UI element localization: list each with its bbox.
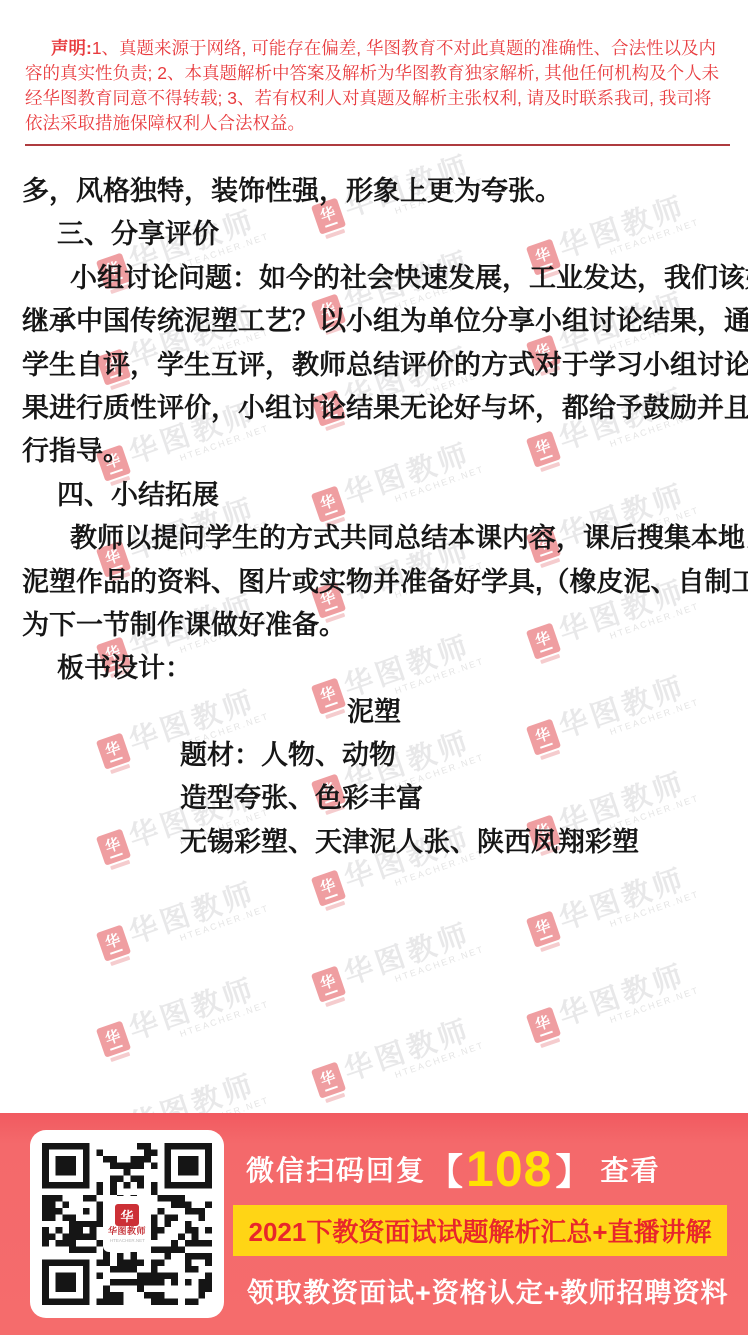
huatu-logo-icon: 华 — [311, 1062, 346, 1099]
logo-sub-mark — [325, 901, 345, 911]
body-line: 果进行质性评价，小组讨论结果无论好与坏，都给予鼓励并且进 — [0, 387, 748, 430]
divider-rule — [25, 144, 730, 146]
watermark-brand: 华图教师 — [556, 958, 698, 1031]
watermark-badge-column: 华 — [526, 911, 563, 954]
document-body: 多，风格独特，装饰性强，形象上更为夸张。三、分享评价小组讨论问题：如今的社会快速… — [0, 170, 748, 864]
body-line: 小组讨论问题：如今的社会快速发展，工业发达，我们该如何 — [0, 257, 748, 300]
logo-bar — [540, 934, 553, 940]
qr-code[interactable]: 华 华图教师 HTEACHER.NET — [30, 1130, 224, 1318]
huatu-watermark: 华华图教师HTEACHER.NET — [311, 917, 486, 1009]
disclaimer: 声明:1、真题来源于网络, 可能存在偏差, 华图教育不对此真题的准确性、合法性以… — [25, 36, 731, 136]
watermark-domain: HTEACHER.NET — [608, 985, 700, 1025]
huatu-watermark: 华华图教师HTEACHER.NET — [311, 1013, 486, 1105]
watermark-text: 华图教师HTEACHER.NET — [556, 862, 701, 944]
watermark-domain: HTEACHER.NET — [178, 903, 270, 943]
disclaimer-line: 声明:1、真题来源于网络, 可能存在偏差, 华图教育不对此真题的准确性、合法性以… — [25, 36, 731, 61]
body-line: 造型夸张、色彩丰富 — [0, 777, 748, 820]
huatu-watermark: 华华图教师HTEACHER.NET — [526, 862, 701, 954]
logo-bar — [540, 1030, 553, 1036]
body-line: 多，风格独特，装饰性强，形象上更为夸张。 — [0, 170, 748, 213]
body-line: 板书设计： — [0, 647, 748, 690]
watermark-brand: 华图教师 — [556, 862, 698, 935]
body-line: 题材：人物、动物 — [0, 734, 748, 777]
huatu-logo-icon: 华 — [526, 1007, 561, 1044]
logo-bar — [325, 989, 338, 995]
watermark-badge-column: 华 — [311, 870, 348, 913]
watermark-brand: 华图教师 — [341, 1013, 483, 1086]
huatu-watermark: 华华图教师HTEACHER.NET — [526, 958, 701, 1050]
huatu-logo-icon: 华 — [96, 925, 131, 962]
body-line: 三、分享评价 — [0, 213, 748, 256]
reply-code: 108 — [466, 1144, 552, 1194]
huatu-logo-icon: 华 — [311, 870, 346, 907]
logo-sub-mark — [110, 1052, 130, 1062]
disclaimer-text: 1、真题来源于网络, 可能存在偏差, 华图教育不对此真题的准确性、合法性以及内 — [92, 38, 716, 58]
disclaimer-line: 容的真实性负责; 2、本真题解析中答案及解析为华图教育独家解析, 其他任何机构及… — [25, 61, 731, 86]
watermark-brand: 华图教师 — [126, 972, 268, 1045]
huatu-logo-icon: 华 — [311, 966, 346, 1003]
body-line: 继承中国传统泥塑工艺？以小组为单位分享小组讨论结果，通过 — [0, 300, 748, 343]
logo-bar — [325, 893, 338, 899]
logo-sub-mark — [325, 997, 345, 1007]
watermark-domain: HTEACHER.NET — [393, 944, 485, 984]
body-line: 行指导。 — [0, 430, 748, 473]
qr-logo-domain: HTEACHER.NET — [109, 1239, 144, 1244]
watermark-text: 华图教师HTEACHER.NET — [341, 917, 486, 999]
logo-bar — [325, 1085, 338, 1091]
materials-line: 领取教资面试+资格认定+教师招聘资料 — [247, 1271, 729, 1310]
watermark-badge-column: 华 — [526, 1007, 563, 1050]
logo-bar — [110, 948, 123, 954]
bracket-open: 【 — [427, 1144, 463, 1195]
page: { "disclaimer": { "label": "声明:", "lines… — [0, 0, 748, 1335]
bracket-close: 】 — [555, 1144, 591, 1195]
scan-instruction: 微信扫码回复 【 108 】 查看 — [246, 1143, 661, 1195]
watermark-domain: HTEACHER.NET — [608, 889, 700, 929]
watermark-text: 华图教师HTEACHER.NET — [126, 876, 271, 958]
watermark-brand: 华图教师 — [126, 876, 268, 949]
huatu-logo-icon: 华 — [115, 1204, 139, 1226]
huatu-logo-icon: 华 — [526, 911, 561, 948]
watermark-badge-column: 华 — [311, 1062, 348, 1105]
disclaimer-line: 经华图教育同意不得转载; 3、若有权利人对真题及解析主张权利, 请及时联系我司,… — [25, 86, 731, 111]
huatu-watermark: 华华图教师HTEACHER.NET — [96, 972, 271, 1064]
watermark-text: 华图教师HTEACHER.NET — [126, 972, 271, 1054]
watermark-domain: HTEACHER.NET — [393, 1040, 485, 1080]
logo-sub-mark — [325, 1093, 345, 1103]
body-line: 教师以提问学生的方式共同总结本课内容，课后搜集本地民间 — [0, 517, 748, 560]
scan-prefix: 微信扫码回复 — [246, 1149, 426, 1189]
body-line: 无锡彩塑、天津泥人张、陕西凤翔彩塑 — [0, 821, 748, 864]
highlight-banner[interactable]: 2021下教资面试试题解析汇总+直播讲解 — [233, 1205, 727, 1256]
watermark-domain: HTEACHER.NET — [178, 999, 270, 1039]
watermark-text: 华图教师HTEACHER.NET — [341, 1013, 486, 1095]
qr-logo-brand: 华图教师 — [108, 1227, 146, 1237]
body-line: 泥塑作品的资料、图片或实物并准备好学具,（橡皮泥、自制工具） — [0, 561, 748, 604]
watermark-text: 华图教师HTEACHER.NET — [556, 958, 701, 1040]
logo-sub-mark — [540, 1038, 560, 1048]
huatu-watermark: 华华图教师HTEACHER.NET — [96, 876, 271, 968]
body-line: 四、小结拓展 — [0, 474, 748, 517]
body-line: 学生自评，学生互评，教师总结评价的方式对于学习小组讨论结 — [0, 344, 748, 387]
logo-sub-mark — [110, 956, 130, 966]
body-line: 为下一节制作课做好准备。 — [0, 604, 748, 647]
watermark-badge-column: 华 — [96, 1021, 133, 1064]
body-line: 泥塑 — [0, 691, 748, 734]
watermark-brand: 华图教师 — [341, 917, 483, 990]
huatu-logo-icon: 华 — [96, 1021, 131, 1058]
logo-sub-mark — [540, 942, 560, 952]
scan-suffix: 查看 — [600, 1149, 660, 1189]
promo-banner[interactable]: 华 华图教师 HTEACHER.NET 微信扫码回复 【 108 】 查看 20… — [0, 1113, 748, 1335]
qr-center-logo: 华 华图教师 HTEACHER.NET — [103, 1196, 151, 1252]
logo-bar — [110, 1044, 123, 1050]
watermark-badge-column: 华 — [311, 966, 348, 1009]
disclaimer-label: 声明: — [51, 38, 92, 58]
disclaimer-line: 依法采取措施保障权利人合法权益。 — [25, 111, 731, 136]
watermark-badge-column: 华 — [96, 925, 133, 968]
